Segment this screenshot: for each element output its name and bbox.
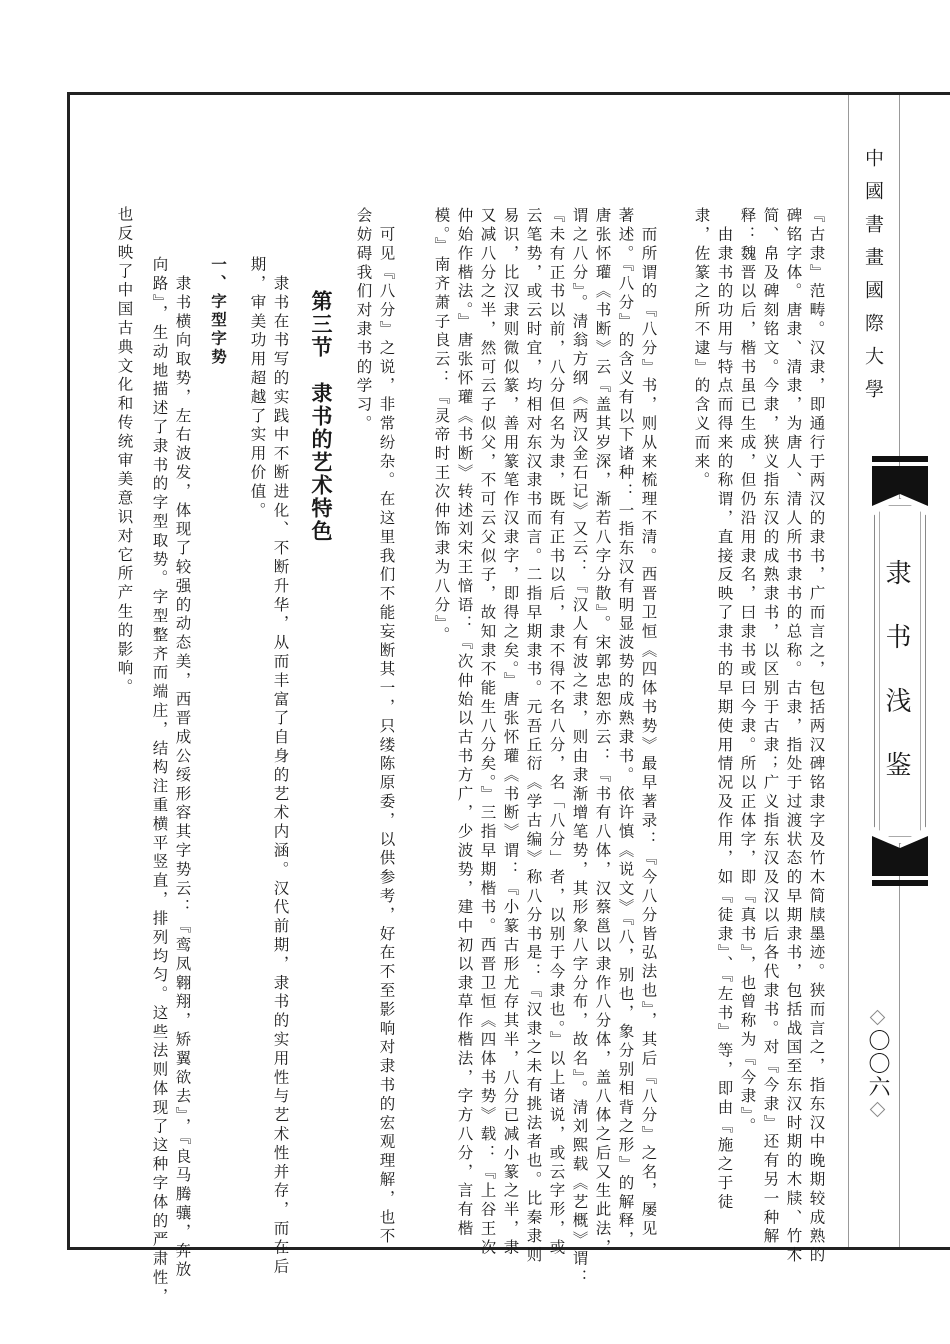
plaque-top-bar — [872, 456, 928, 462]
body-column: 唐张怀瓘《书断》云『盖其岁深，渐若八字分散』。宋郭忠恕亦云：『书有八体，汉蔡邕以… — [594, 207, 610, 1258]
body-column: 由隶书的功用与特点而得来的称谓，直接反映了隶书的早期使用情况及作用，如『徒隶』、… — [716, 207, 732, 1212]
body-column: 云笔势，或云时宜，均相对东汉隶书而言。二指早期隶书。元吾丘衍《学古编》称八分书是… — [525, 207, 541, 1265]
body-column: 释：魏晋以后，楷书虽已生成，但仍沿用隶名，曰隶书或曰今隶。所以正体字，即『真书』… — [739, 207, 755, 1137]
body-column: 『未有正书以前，八分但名为隶，既有正书以后，隶不得不名八分，名「八分」者，以别于… — [548, 207, 564, 1258]
body-column: 碑铭字体。唐隶、清隶，为唐人、清人所书隶书的总称。古隶，指处于过渡状态的早期隶书… — [785, 207, 801, 1265]
subsection-heading: 一、字型字势 — [207, 256, 229, 367]
subsection-column: 向路』，生动地描述了隶书的字型取势。字型整齐而端庄，结构注重横平竖直，排列均匀。… — [151, 256, 167, 1307]
plaque-bottom-bar — [872, 880, 928, 886]
section-column: 隶书在书写的实践中不断进化、不断升华，从而丰富了自身的艺术内涵。汉代前期，隶书的… — [272, 256, 288, 1277]
section-column: 期，审美功用超越了实用价值。 — [249, 256, 265, 521]
body-column: 而所谓的『八分』书，则从来梳理不清。西晋卫恒《四体书势》最早著录：『今八分皆弘法… — [640, 207, 656, 1239]
page-number: 〇〇六 — [862, 1006, 893, 1121]
body-column: 又减八分之半，然可云子似父，不可云父似子，故知隶不能生八分矣。』三指早期楷书。西… — [479, 207, 495, 1258]
body-column: 谓之八分』。清翁方纲《两汉金石记》又云：『汉人有波之隶，则由隶渐增笔势，其形象八… — [571, 207, 587, 1288]
book-title-plaque: 隶书浅鉴 — [872, 456, 928, 886]
body-column: 简、帛及碑刻铭文。今隶，狭义指东汉的成熟隶书，以区别于古隶；广义指东汉及汉以后各… — [762, 207, 778, 1247]
body-column: 会妨碍我们对隶书的学习。 — [355, 207, 371, 434]
subsection-column: 也反映了中国古典文化和传统审美意识对它所产生的影响。 — [116, 206, 132, 697]
body-column: 易识，比汉隶则微似篆，善用篆笔作汉隶字，即得之矣。』唐张怀瓘《书断》谓：『小篆古… — [502, 207, 518, 1258]
plaque-frame: 隶书浅鉴 — [874, 498, 926, 844]
body-column: 可见『八分』之说，非常纷杂。在这里我们不能妄断其一，只缕陈原委，以供参考，好在不… — [378, 207, 394, 1247]
body-column: 仲始作楷法。』唐张怀瓘《书断》转述刘宋王愔语：『次仲始以古书方广，少波势，建中初… — [456, 207, 472, 1239]
diamond-ornament-icon — [869, 1102, 885, 1118]
subsection-column: 隶书横向取势，左右波发，体现了较强的动态美，西晋成公绥形容其字势云：『鸾凤翱翔，… — [174, 256, 190, 1280]
section-heading: 第三节 隶书的艺术特色 — [306, 290, 336, 543]
book-title: 隶书浅鉴 — [885, 559, 915, 815]
sidebar-rule-left — [848, 95, 849, 1247]
diamond-ornament-icon — [869, 1010, 885, 1026]
publisher-label: 中國書畫國際大學 — [860, 148, 887, 412]
body-column: 模。』南齐萧子良云：『灵帝时王次仲饰隶为八分』。 — [433, 207, 449, 645]
body-column: 隶，佐篆之所不逮』的含义而来。 — [693, 207, 709, 491]
body-column: 『古隶』范畴。汉隶，即通行于两汉的隶书，广而言之，包括两汉碑铭隶字及竹木简牍墨迹… — [808, 207, 824, 1265]
body-column: 著述。『八分』的含义有以下诸种：一指东汉有明显波势的成熟隶书。依许慎《说文》『八… — [617, 207, 633, 1250]
